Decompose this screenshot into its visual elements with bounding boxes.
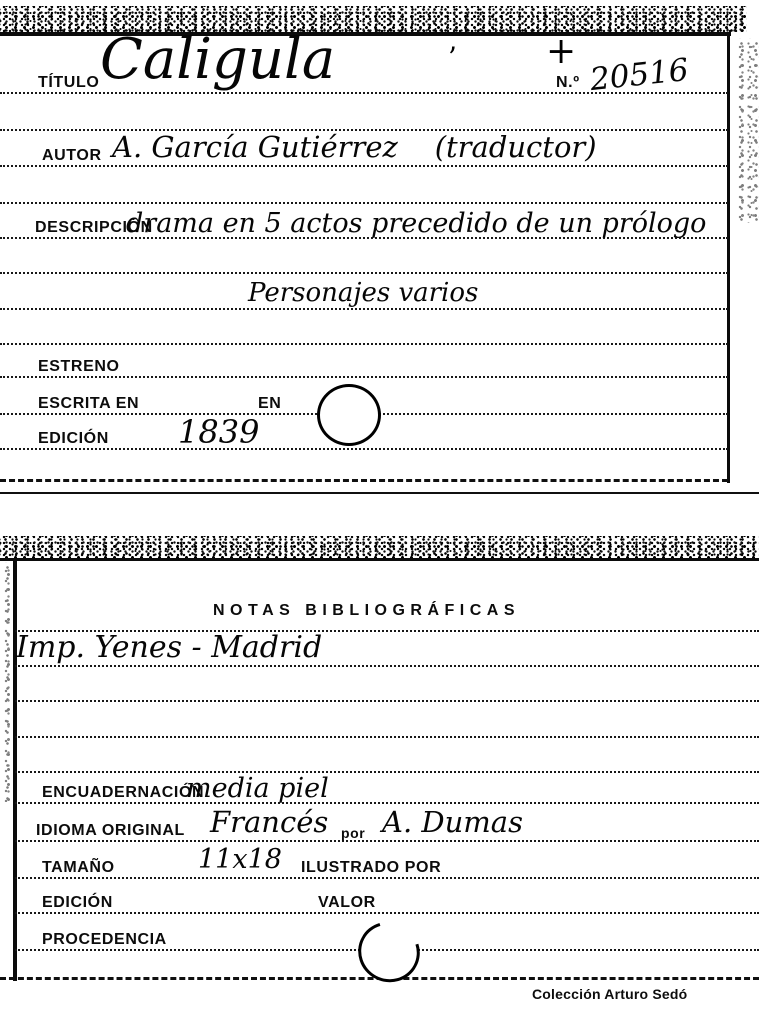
notas-bibliograficas-header: NOTAS BIBLIOGRÁFICAS — [213, 602, 520, 620]
procedencia-label: PROCEDENCIA — [42, 931, 167, 949]
valor-label: VALOR — [318, 894, 376, 912]
tamano-value-handwriting: 11x18 — [198, 846, 282, 873]
descripcion-value-handwriting: drama en 5 actos precedido de un prólogo — [126, 210, 706, 237]
cross-mark: + — [546, 34, 576, 70]
hole-punch — [348, 911, 431, 993]
idioma-original-value-handwriting: Francés — [210, 808, 328, 837]
dotted-rule — [0, 202, 728, 204]
dotted-rule — [0, 165, 728, 167]
edicion-value-handwriting: 1839 — [178, 416, 259, 448]
dotted-rule — [15, 665, 759, 667]
tamano-label: TAMAÑO — [42, 859, 115, 877]
escrita-en-label: ESCRITA EN — [38, 395, 139, 413]
ilustrado-por-label: ILUSTRADO POR — [301, 859, 441, 877]
scan-noise-left-edge — [0, 562, 12, 802]
hole-punch — [317, 384, 381, 446]
encuadernacion-label: ENCUADERNACIÓN — [42, 784, 204, 802]
scan-noise-band-middle — [0, 536, 759, 560]
dotted-rule — [0, 376, 728, 378]
personajes-value-handwriting: Personajes varios — [248, 280, 478, 306]
scanned-catalog-card: TÍTULO N.º AUTOR DESCRIPCIÓN ESTRENO ESC… — [0, 0, 759, 1028]
titulo-label: TÍTULO — [38, 74, 99, 92]
estreno-label: ESTRENO — [38, 358, 120, 376]
notas-value-handwriting: Imp. Yenes - Madrid — [16, 633, 322, 663]
autor-value-handwriting: A. García Gutiérrez (traductor) — [112, 133, 597, 162]
dotted-rule — [15, 736, 759, 738]
pen-tick-mark: ’ — [448, 44, 457, 72]
edicion2-label: EDICIÓN — [42, 894, 113, 912]
dotted-rule — [15, 912, 759, 914]
numero-value-handwriting: 20516 — [589, 55, 690, 96]
scan-noise-right-edge — [734, 38, 759, 223]
encuadernacion-value-handwriting: media piel — [186, 775, 329, 802]
por-value-handwriting: A. Dumas — [382, 808, 523, 837]
dotted-rule — [15, 700, 759, 702]
dotted-rule — [15, 840, 759, 842]
dotted-rule — [0, 272, 728, 274]
card-right-border — [727, 33, 730, 483]
dotted-rule — [15, 802, 759, 804]
collection-footer: Colección Arturo Sedó — [532, 986, 687, 1002]
en-label: EN — [258, 395, 281, 413]
edicion-label: EDICIÓN — [38, 430, 109, 448]
titulo-value-handwriting: Caligula — [100, 32, 335, 88]
autor-label: AUTOR — [42, 147, 102, 165]
page-divider-line — [0, 492, 759, 494]
card-bottom-edge — [0, 479, 728, 482]
card2-top-border — [0, 558, 759, 561]
dotted-rule — [0, 448, 728, 450]
dotted-rule — [15, 771, 759, 773]
dotted-rule — [0, 343, 728, 345]
dotted-rule — [15, 877, 759, 879]
por-label: por — [341, 825, 365, 841]
numero-label: N.º — [556, 74, 580, 92]
idioma-original-label: IDIOMA ORIGINAL — [36, 822, 185, 840]
dotted-rule — [0, 308, 728, 310]
